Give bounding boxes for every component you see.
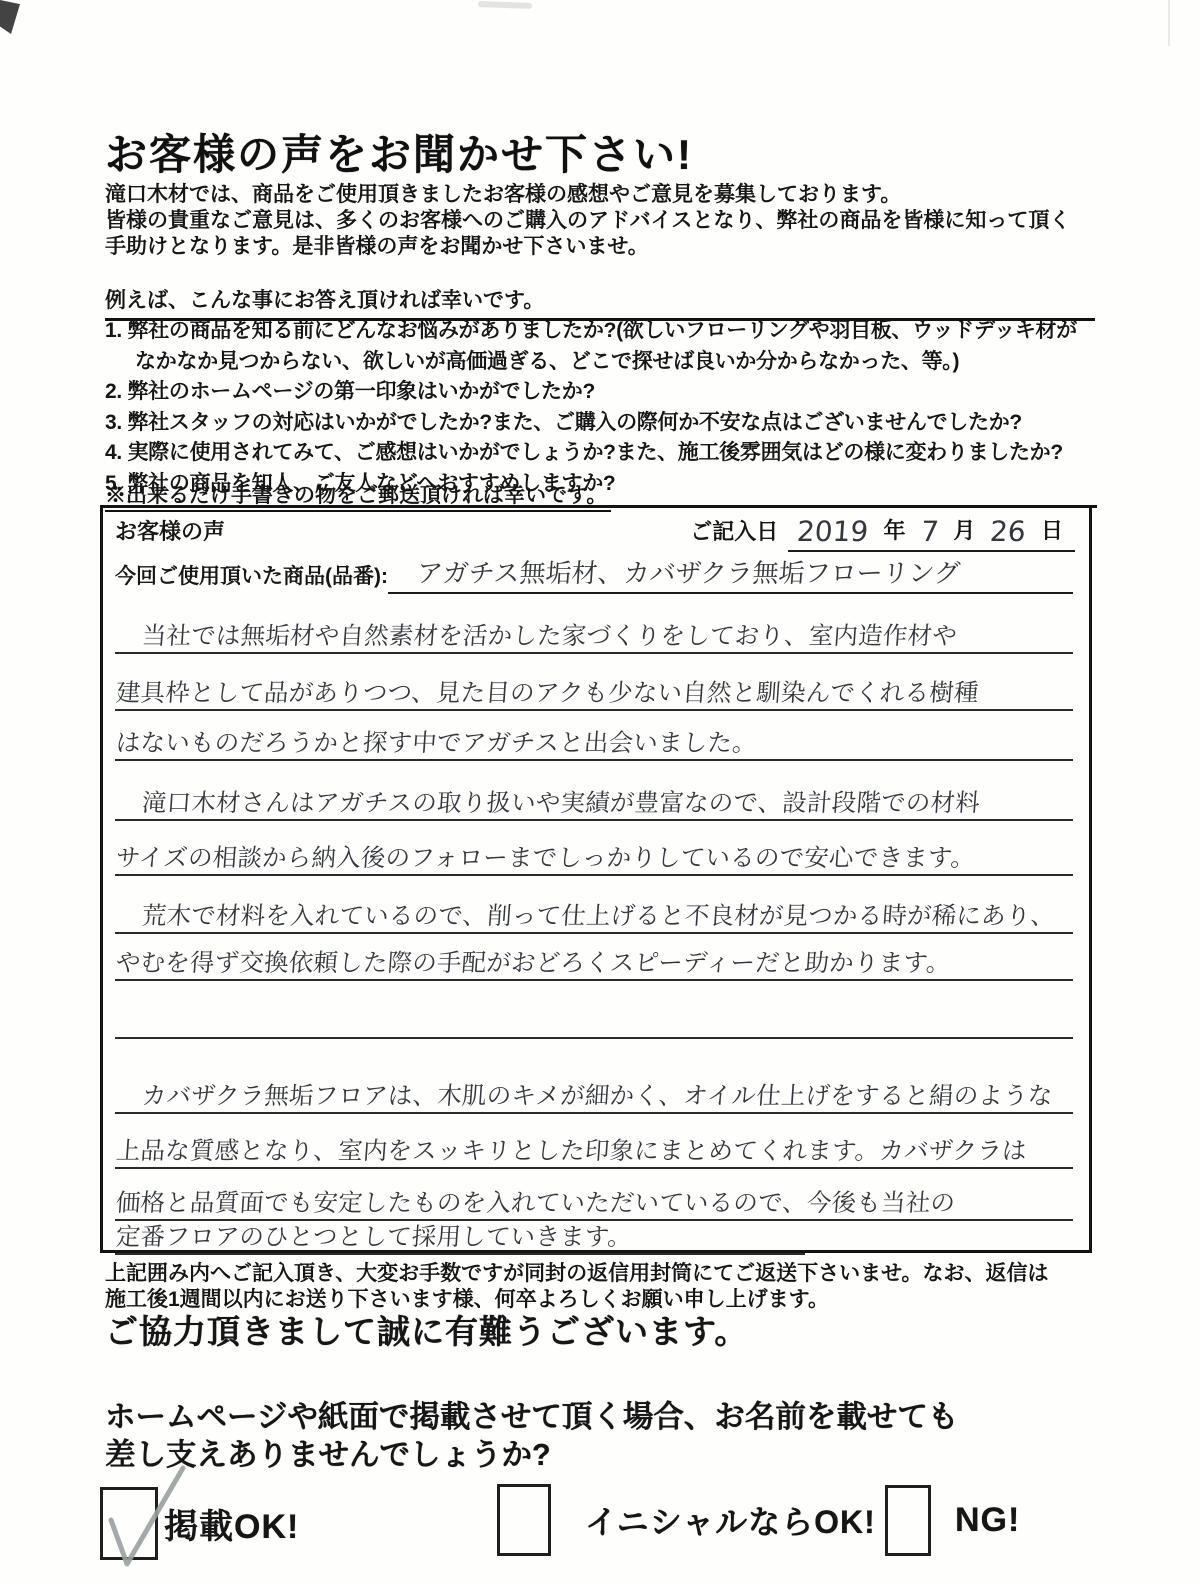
ruled-line-4: 滝口木材さんはアガチスの取り扱いや実績が豊富なので、設計段階での材料	[115, 767, 1073, 821]
ruled-line-10: 上品な質感となり、室内をスッキリとした印象にまとめてくれます。カバザクラは	[115, 1115, 1073, 1169]
date-year-unit: 年	[883, 514, 905, 545]
scan-artifact-edge	[1168, 0, 1170, 46]
handwritten-line: 建具枠として品がありつつ、見た目のアクも少ない自然と馴染んでくれる樹種	[115, 681, 979, 706]
date-row: ご記入日 2019 年 7 月 26 日	[690, 514, 1075, 552]
ruled-line-3: はないものだろうかと探す中でアガチスと出会いました。	[115, 707, 1073, 761]
handwritten-line: 荒木で材料を入れているので、削って仕上げると不良材が見つかる時が稀にあり、	[141, 904, 1056, 929]
handwritten-line: 上品な質感となり、室内をスッキリとした印象にまとめてくれます。カバザクラは	[115, 1139, 1027, 1164]
ruled-line-5: サイズの相談から納入後のフォローまでしっかりしているので安心できます。	[115, 822, 1073, 876]
ruled-line-8	[115, 985, 1073, 1039]
handwritten-line: 当社では無垢材や自然素材を活かした家づくりをしており、室内造作材や	[141, 624, 958, 649]
intro-text: 滝口木材では、商品をご使用頂きましたお客様の感想やご意見を募集しております。 皆…	[105, 182, 1105, 260]
date-filled-line: 2019 年 7 月 26 日	[788, 514, 1075, 552]
ruled-line-6: 荒木で材料を入れているので、削って仕上げると不良材が見つかる時が稀にあり、	[115, 880, 1073, 934]
page-title: お客様の声をお聞かせ下さい!	[105, 122, 1105, 182]
question-number: 3.	[105, 411, 122, 434]
handwritten-check-icon	[97, 1464, 189, 1576]
date-day-value: 26	[989, 518, 1027, 546]
checkbox-label: NG!	[955, 1501, 1020, 1540]
ruled-line-9: カバザクラ無垢フロアは、木肌のキメが細かく、オイル仕上げをすると絹のような	[115, 1060, 1073, 1114]
box-label: お客様の声	[115, 515, 225, 546]
scanned-feedback-sheet: お客様の声をお聞かせ下さい! 滝口木材では、商品をご使用頂きましたお客様の感想や…	[0, 0, 1200, 1583]
question-item-1: 1. 弊社の商品を知る前にどんなお悩みがありましたか?(欲しいフローリングや羽目…	[105, 316, 1097, 377]
date-year-value: 2019	[796, 518, 869, 546]
handwritten-line: やむを得ず交換依頼した際の手配がおどろくスピーディーだと助かります。	[115, 951, 952, 976]
question-number: 2.	[105, 380, 122, 403]
checkbox-group-initials-ok: イニシャルならOK!	[497, 1484, 876, 1556]
publish-permission-question: ホームページや紙面で掲載させて頂く場合、お名前を載せても 差し支えありませんでし…	[105, 1398, 1105, 1474]
scan-artifact-corner	[0, 0, 20, 34]
question-text: 弊社のホームページの第一印象はいかがでしたか?	[127, 380, 595, 403]
handwritten-line: カバザクラ無垢フロアは、木肌のキメが細かく、オイル仕上げをすると絹のような	[141, 1084, 1053, 1109]
scan-artifact-smudge	[478, 1, 532, 9]
checkbox-group-ng: NG!	[885, 1485, 1020, 1556]
product-value-line: アガチス無垢材、カバザクラ無垢フローリング	[388, 560, 1073, 594]
checkbox-group-publish-ok: 掲載OK!	[100, 1487, 299, 1560]
thanks-message: ご協力頂きまして誠に有難うございます。	[105, 1306, 1105, 1353]
question-number: 4.	[105, 441, 122, 464]
ruled-line-7: やむを得ず交換依頼した際の手配がおどろくスピーディーだと助かります。	[115, 927, 1073, 981]
date-day-unit: 日	[1041, 514, 1063, 545]
ruled-line-2: 建具枠として品がありつつ、見た目のアクも少ない自然と馴染んでくれる樹種	[115, 657, 1073, 711]
product-label: 今回ご使用頂いた商品(品番):	[115, 560, 388, 594]
question-text: 弊社スタッフの対応はいかがでしたか?また、ご購入の際何か不安な点はございませんで…	[127, 411, 1021, 434]
date-label: ご記入日	[690, 515, 778, 552]
question-item-4: 4. 実際に使用されてみて、ご感想はいかがでしょうか?また、施工後雰囲気はどの様…	[105, 438, 1097, 469]
handwritten-line: はないものだろうかと探す中でアガチスと出会いました。	[115, 731, 758, 756]
feedback-box: お客様の声 ご記入日 2019 年 7 月 26 日 今回ご使用頂いた商品(品番…	[100, 505, 1092, 1253]
question-item-3: 3. 弊社スタッフの対応はいかがでしたか?また、ご購入の際何か不安な点はございま…	[105, 408, 1097, 439]
checkbox-ng[interactable]	[885, 1485, 931, 1556]
question-item-2: 2. 弊社のホームページの第一印象はいかがでしたか?	[105, 377, 1097, 408]
handwritten-line: サイズの相談から納入後のフォローまでしっかりしているので安心できます。	[115, 846, 976, 871]
question-text: 弊社の商品を知る前にどんなお悩みがありましたか?(欲しいフローリングや羽目板、ウ…	[127, 319, 1076, 373]
checkbox-label: イニシャルならOK!	[585, 1497, 876, 1543]
date-month-unit: 月	[953, 514, 975, 545]
product-row: 今回ご使用頂いた商品(品番): アガチス無垢材、カバザクラ無垢フローリング	[115, 560, 1073, 594]
question-text: 実際に使用されてみて、ご感想はいかがでしょうか?また、施工後雰囲気はどの様に変わ…	[127, 441, 1062, 464]
ruled-line-12: 定番フロアのひとつとして採用していきます。	[115, 1201, 805, 1255]
handwritten-line: 滝口木材さんはアガチスの取り扱いや実績が豊富なので、設計段階での材料	[141, 791, 981, 816]
ruled-line-1: 当社では無垢材や自然素材を活かした家づくりをしており、室内造作材や	[115, 600, 1073, 654]
product-handwritten-value: アガチス無垢材、カバザクラ無垢フローリング	[416, 561, 961, 587]
checkbox-initials-ok[interactable]	[497, 1484, 551, 1556]
checkbox-publish-ok[interactable]	[100, 1487, 158, 1560]
date-month-value: 7	[920, 518, 940, 546]
question-number: 1.	[105, 319, 122, 342]
handwritten-line: 定番フロアのひとつとして採用していきます。	[115, 1225, 633, 1250]
